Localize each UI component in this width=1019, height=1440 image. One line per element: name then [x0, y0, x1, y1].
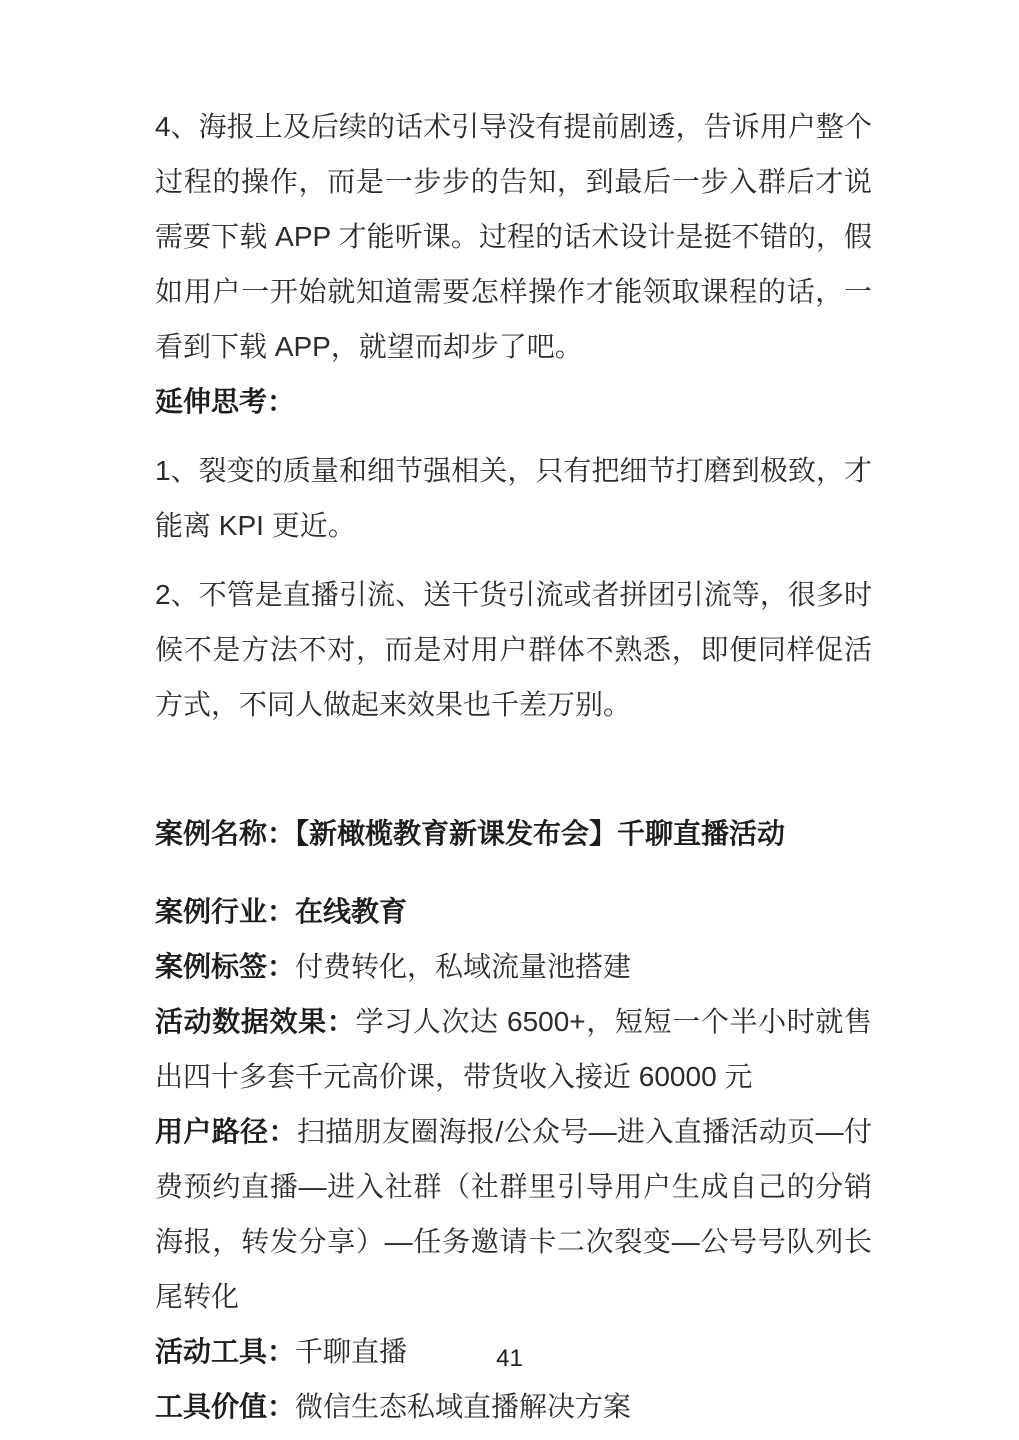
case-industry-label: 案例行业： — [155, 896, 295, 927]
case-user-path-label: 用户路径： — [155, 1116, 297, 1147]
case-data-effect-line: 活动数据效果：学习人次达 6500+，短短一个半小时就售出四十多套千元高价课，带… — [155, 994, 872, 1104]
paragraph-point-4: 4、海报上及后续的话术引导没有提前剧透，告诉用户整个过程的操作，而是一步步的告知… — [155, 99, 872, 374]
case-tags-value: 付费转化，私域流量池搭建 — [295, 951, 631, 982]
case-name-line: 案例名称：【新橄榄教育新课发布会】千聊直播活动 — [155, 806, 872, 861]
document-page: 4、海报上及后续的话术引导没有提前剧透，告诉用户整个过程的操作，而是一步步的告知… — [0, 0, 1019, 1440]
case-tags-line: 案例标签：付费转化，私域流量池搭建 — [155, 939, 872, 994]
case-tool-value-line: 工具价值：微信生态私域直播解决方案 — [155, 1379, 872, 1434]
case-study-section: 案例名称：【新橄榄教育新课发布会】千聊直播活动 案例行业：在线教育 案例标签：付… — [155, 806, 872, 1434]
paragraph-reflection-1: 1、裂变的质量和细节强相关，只有把细节打磨到极致，才能离 KPI 更近。 — [155, 443, 872, 553]
case-industry-line: 案例行业：在线教育 — [155, 884, 872, 939]
case-industry-value: 在线教育 — [295, 896, 407, 927]
page-number: 41 — [0, 1344, 1019, 1374]
case-data-effect-label: 活动数据效果： — [155, 1006, 355, 1037]
case-user-path-line: 用户路径：扫描朋友圈海报/公众号—进入直播活动页—付费预约直播—进入社群（社群里… — [155, 1104, 872, 1324]
paragraph-reflection-2: 2、不管是直播引流、送干货引流或者拼团引流等，很多时候不是方法不对，而是对用户群… — [155, 567, 872, 732]
case-tool-value-value: 微信生态私域直播解决方案 — [295, 1391, 631, 1422]
case-tags-label: 案例标签： — [155, 951, 295, 982]
case-name-label: 案例名称： — [155, 818, 295, 849]
page-content: 4、海报上及后续的话术引导没有提前剧透，告诉用户整个过程的操作，而是一步步的告知… — [155, 99, 872, 1434]
case-tool-value-label: 工具价值： — [155, 1391, 295, 1422]
case-name-value: 【新橄榄教育新课发布会】千聊直播活动 — [295, 818, 785, 849]
reflection-heading: 延伸思考： — [155, 374, 872, 429]
